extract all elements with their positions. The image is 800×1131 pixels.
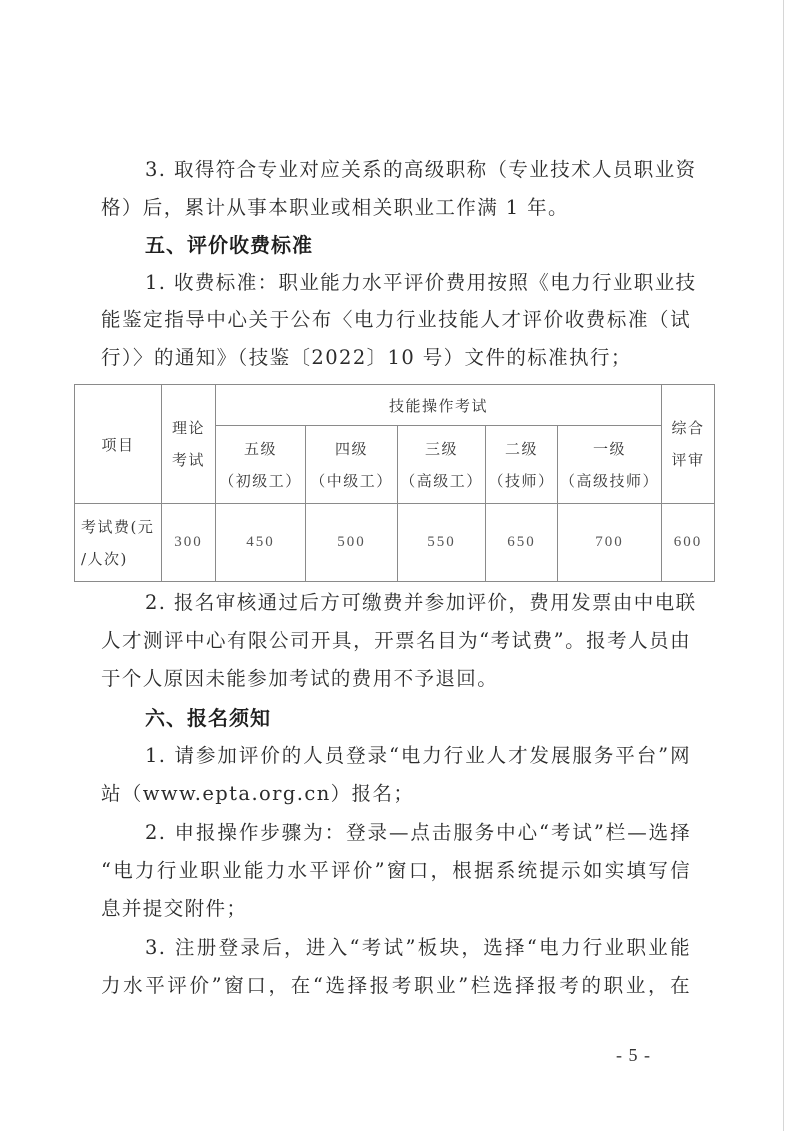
page-number: - 5 - [616, 1045, 651, 1066]
section6-item2-line2: “电力行业职业能力水平评价”窗口，根据系统提示如实填写信 [101, 859, 691, 883]
section6-item2-line3: 息并提交附件； [101, 897, 691, 921]
table-header-row-1: 项目 理论 考试 技能操作考试 综合 评审 [75, 385, 715, 426]
header-item: 项目 [75, 385, 162, 504]
section5-item2-line2: 人才测评中心有限公司开具，开票名目为“考试费”。报考人员由 [101, 629, 691, 653]
header-level-4: 四级 （中级工） [306, 426, 398, 504]
header-level-5: 五级 （初级工） [216, 426, 306, 504]
header-theory: 理论 考试 [162, 385, 216, 504]
section6-item2-line1: 2. 申报操作步骤为：登录—点击服务中心“考试”栏—选择 [145, 821, 691, 845]
section6-item3-line2: 力水平评价”窗口，在“选择报考职业”栏选择报考的职业，在 [101, 974, 691, 998]
header-level-1: 一级 （高级技师） [558, 426, 662, 504]
fee-level-2: 650 [486, 504, 558, 582]
section4-item3-line2: 格）后，累计从事本职业或相关职业工作满 1 年。 [101, 196, 691, 220]
section6-item1-line1: 1. 请参加评价的人员登录“电力行业人才发展服务平台”网 [145, 744, 691, 768]
section5-item2-line3: 于个人原因未能参加考试的费用不予退回。 [101, 667, 691, 691]
fee-level-5: 450 [216, 504, 306, 582]
fee-comprehensive: 600 [662, 504, 715, 582]
section5-item1-line1: 1. 收费标准：职业能力水平评价费用按照《电力行业职业技 [145, 271, 691, 295]
header-skill-group: 技能操作考试 [216, 385, 662, 426]
section4-item3-line1: 3. 取得符合专业对应关系的高级职称（专业技术人员职业资 [145, 158, 691, 182]
fee-theory: 300 [162, 504, 216, 582]
section6-item1-line2: 站（www.epta.org.cn）报名； [101, 782, 691, 806]
fee-level-4: 500 [306, 504, 398, 582]
section5-item1-line3: 行）〉的通知》（技鉴〔2022〕10 号）文件的标准执行； [101, 346, 691, 370]
fee-level-1: 700 [558, 504, 662, 582]
scan-edge-line [783, 0, 784, 1131]
section6-heading: 六、报名须知 [145, 706, 271, 730]
header-comprehensive: 综合 评审 [662, 385, 715, 504]
section6-item3-line1: 3. 注册登录后，进入“考试”板块，选择“电力行业职业能 [145, 936, 691, 960]
section5-item2-line1: 2. 报名审核通过后方可缴费并参加评价，费用发票由中电联 [145, 591, 691, 615]
section5-heading: 五、评价收费标准 [145, 233, 313, 257]
fee-table: 项目 理论 考试 技能操作考试 综合 评审 五级 （初级工） 四级 （中级工） … [74, 384, 715, 582]
header-level-3: 三级 （高级工） [398, 426, 486, 504]
fee-level-3: 550 [398, 504, 486, 582]
header-level-2: 二级 （技师） [486, 426, 558, 504]
section5-item1-line2: 能鉴定指导中心关于公布〈电力行业技能人才评价收费标准（试 [101, 308, 691, 332]
table-row: 考试费(元 /人次) 300 450 500 550 650 700 600 [75, 504, 715, 582]
row-label: 考试费(元 /人次) [75, 504, 162, 582]
